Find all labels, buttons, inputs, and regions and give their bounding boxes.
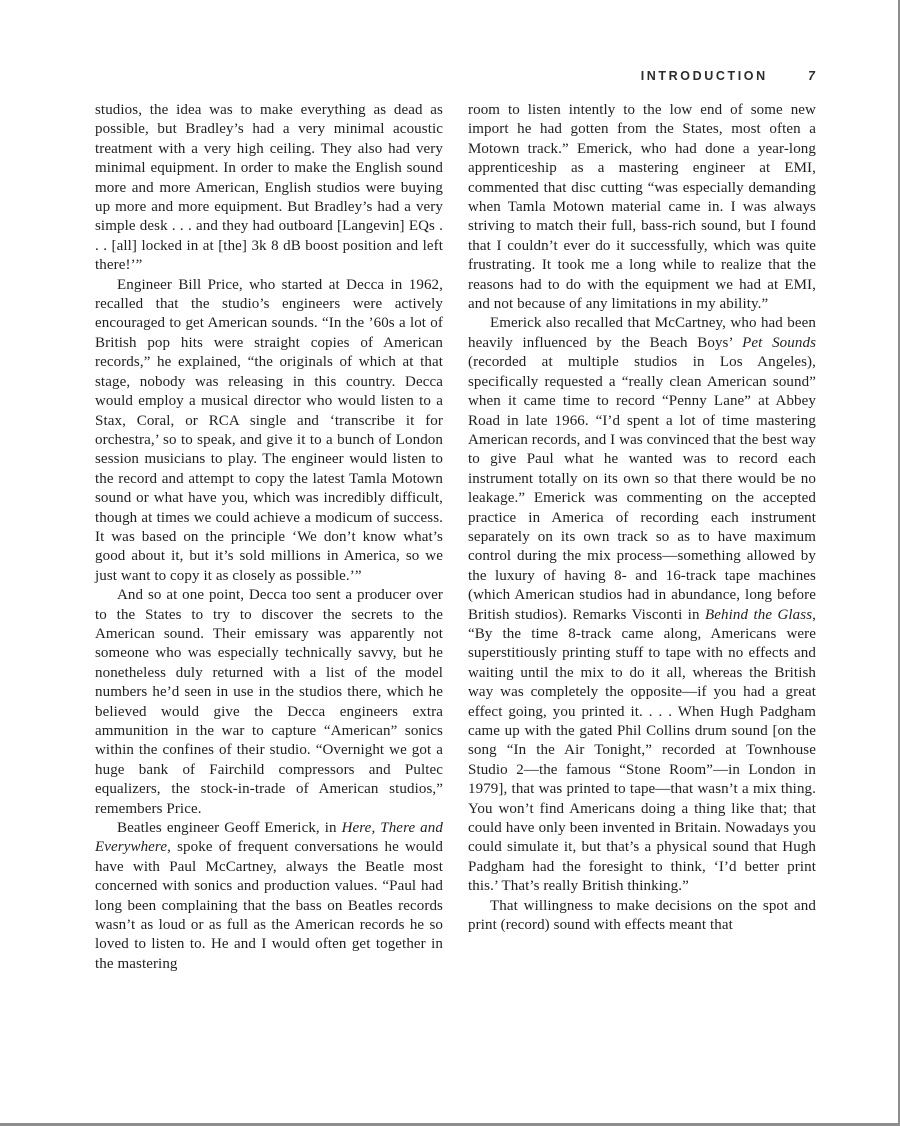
page-number: 7 (807, 68, 816, 83)
paragraph: Emerick also recalled that McCartney, wh… (468, 314, 816, 896)
book-page-scan: INTRODUCTION 7 studios, the idea was to … (0, 0, 900, 1126)
text-run: room to listen intently to the low end o… (468, 102, 816, 312)
running-header: INTRODUCTION 7 (95, 68, 815, 83)
two-column-text-block: studios, the idea was to make everything… (95, 101, 817, 974)
text-run: studios, the idea was to make everything… (95, 102, 443, 273)
left-column: studios, the idea was to make everything… (95, 101, 443, 974)
text-run: , spoke of frequent conversations he wou… (95, 839, 443, 971)
text-run: Engineer Bill Price, who started at Decc… (95, 277, 443, 584)
right-column: room to listen intently to the low end o… (468, 101, 816, 974)
text-run: (recorded at multiple studios in Los Ang… (468, 354, 816, 622)
paragraph: room to listen intently to the low end o… (468, 101, 816, 314)
book-title-italic: Pet Sounds (742, 335, 816, 351)
text-run: Beatles engineer Geoff Emerick, in (117, 820, 342, 836)
paragraph: Beatles engineer Geoff Emerick, in Here,… (95, 819, 443, 974)
running-head-title: INTRODUCTION (641, 69, 768, 83)
paragraph: studios, the idea was to make everything… (95, 101, 443, 276)
text-run: , “By the time 8-track came along, Ameri… (468, 607, 816, 895)
text-run: And so at one point, Decca too sent a pr… (95, 587, 443, 816)
text-run: That willingness to make decisions on th… (468, 898, 816, 933)
paragraph: And so at one point, Decca too sent a pr… (95, 586, 443, 819)
paragraph: Engineer Bill Price, who started at Decc… (95, 276, 443, 587)
book-title-italic: Behind the Glass (705, 607, 812, 623)
paragraph: That willingness to make decisions on th… (468, 897, 816, 936)
